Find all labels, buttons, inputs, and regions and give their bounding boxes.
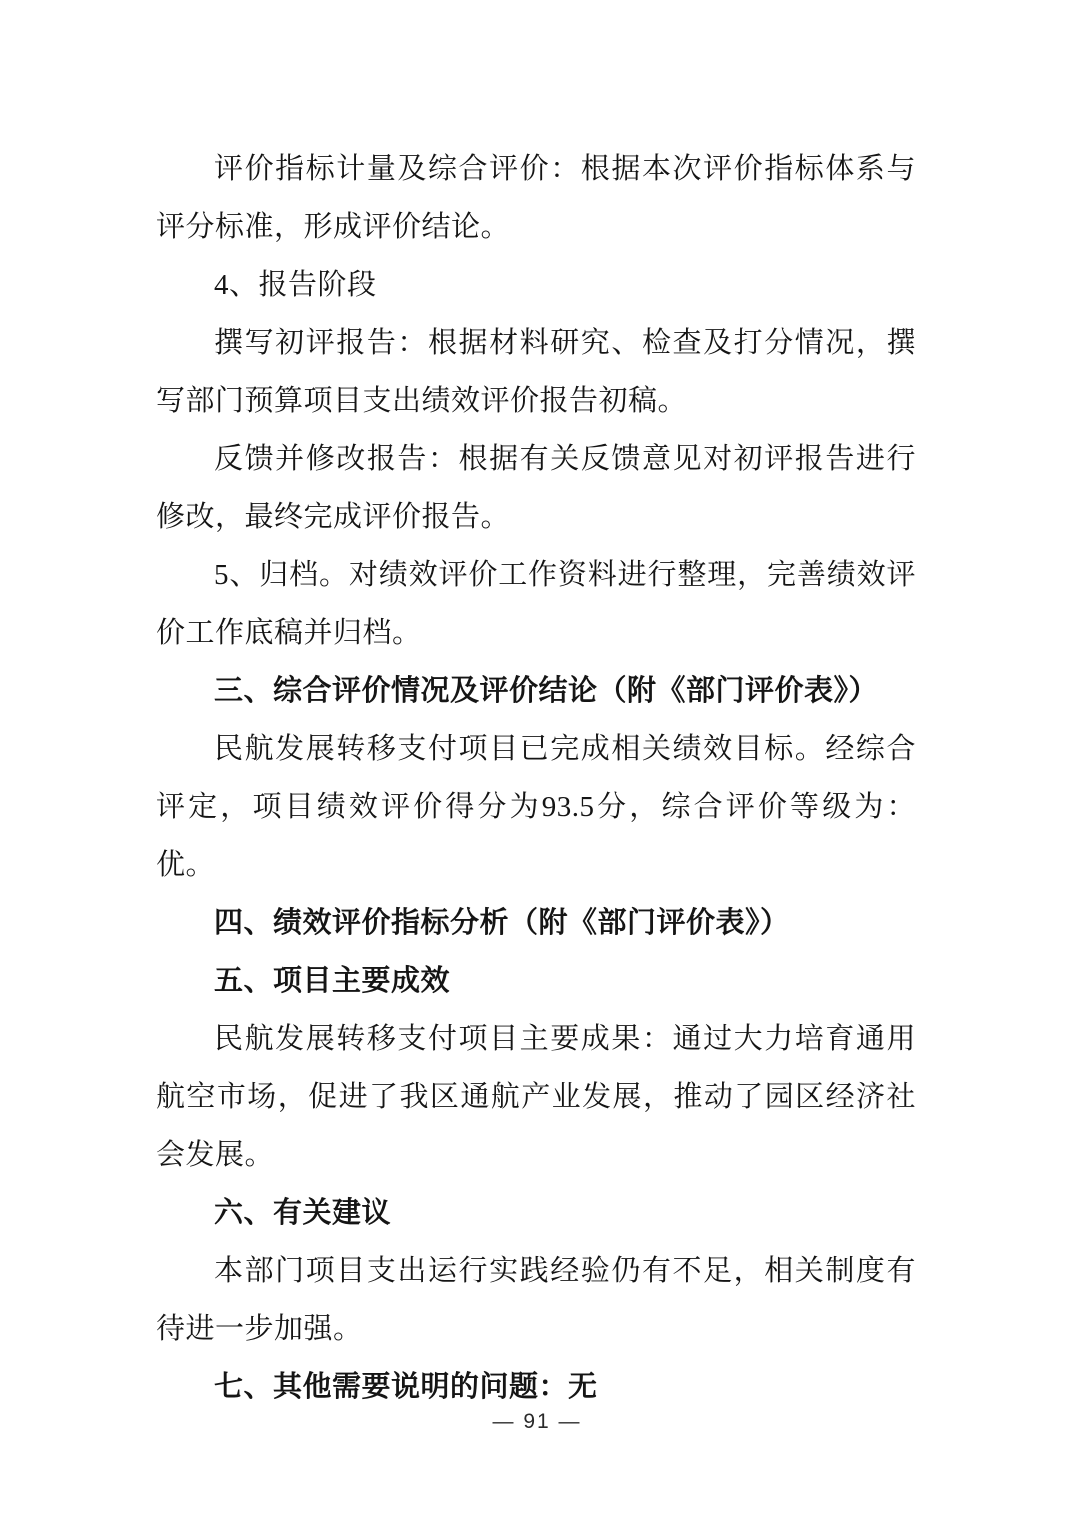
list-item-5-archive: 5、归档。对绩效评价工作资料进行整理，完善绩效评价工作底稿并归档。 (156, 546, 916, 662)
body-paragraph: 民航发展转移支付项目已完成相关绩效目标。经综合评定，项目绩效评价得分为93.5分… (156, 720, 916, 894)
body-paragraph: 撰写初评报告：根据材料研究、检查及打分情况，撰写部门预算项目支出绩效评价报告初稿… (156, 314, 916, 430)
list-item-4-report-stage: 4、报告阶段 (156, 256, 916, 314)
body-paragraph: 评价指标计量及综合评价：根据本次评价指标体系与评分标准，形成评价结论。 (156, 140, 916, 256)
section-heading-4: 四、绩效评价指标分析（附《部门评价表》） (156, 894, 916, 952)
section-heading-3: 三、综合评价情况及评价结论（附《部门评价表》） (156, 662, 916, 720)
section-heading-7: 七、其他需要说明的问题：无 (156, 1358, 916, 1416)
document-page: 评价指标计量及综合评价：根据本次评价指标体系与评分标准，形成评价结论。 4、报告… (0, 0, 1074, 1520)
section-heading-5: 五、项目主要成效 (156, 952, 916, 1010)
section-heading-6: 六、有关建议 (156, 1184, 916, 1242)
body-paragraph: 本部门项目支出运行实践经验仍有不足，相关制度有待进一步加强。 (156, 1242, 916, 1358)
body-paragraph: 民航发展转移支付项目主要成果：通过大力培育通用航空市场，促进了我区通航产业发展，… (156, 1010, 916, 1184)
body-paragraph: 反馈并修改报告：根据有关反馈意见对初评报告进行修改，最终完成评价报告。 (156, 430, 916, 546)
page-number: — 91 — (0, 1410, 1074, 1434)
